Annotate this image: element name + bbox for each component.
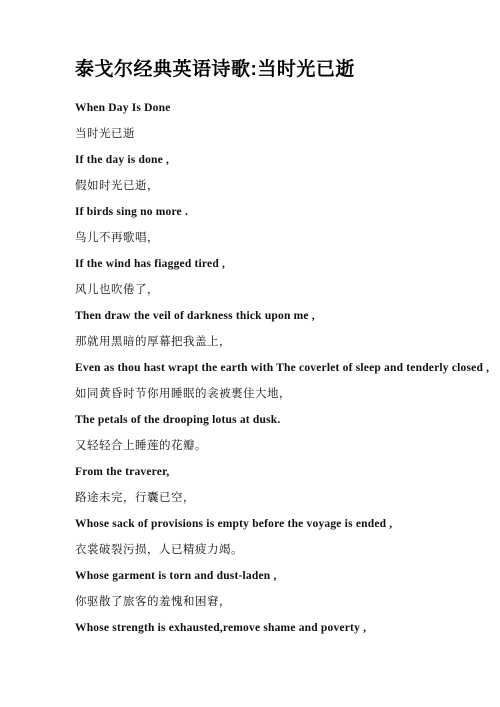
poem-body: When Day Is Done当时光已逝If the day is done … (75, 102, 480, 635)
poem-line-en: If birds sing no more . (75, 206, 480, 219)
poem-line-en: Whose garment is torn and dust-laden , (75, 570, 480, 583)
poem-line-zh: 你驱散了旅客的羞愧和困窘， (75, 596, 480, 609)
poem-line-zh: 当时光已逝 (75, 128, 480, 141)
poem-line-en: Whose sack of provisions is empty before… (75, 518, 480, 531)
poem-line-en: Then draw the veil of darkness thick upo… (75, 310, 480, 323)
poem-line-en: If the day is done , (75, 154, 480, 167)
poem-line-zh: 衣裳破裂污损，人已精疲力竭。 (75, 544, 480, 557)
document-page: 泰戈尔经典英语诗歌:当时光已逝 When Day Is Done当时光已逝If … (0, 0, 500, 707)
page-title: 泰戈尔经典英语诗歌:当时光已逝 (75, 58, 480, 81)
poem-line-zh: 鸟儿不再歌唱， (75, 232, 480, 245)
poem-line-en: The petals of the drooping lotus at dusk… (75, 414, 480, 427)
poem-line-en: Even as thou hast wrapt the earth with T… (75, 362, 480, 375)
poem-line-en: When Day Is Done (75, 102, 480, 115)
poem-line-zh: 风儿也吹倦了， (75, 284, 480, 297)
poem-line-zh: 假如时光已逝， (75, 180, 480, 193)
poem-line-en: From the traverer, (75, 466, 480, 479)
poem-line-zh: 那就用黑暗的厚幕把我盖上， (75, 336, 480, 349)
poem-line-en: If the wind has fiagged tired , (75, 258, 480, 271)
poem-line-zh: 又轻轻合上睡莲的花瓣。 (75, 440, 480, 453)
poem-line-zh: 如同黄昏时节你用睡眠的衾被裹住大地， (75, 388, 480, 401)
poem-line-en: Whose strength is exhausted,remove shame… (75, 622, 480, 635)
poem-line-zh: 路途未完，行囊已空， (75, 492, 480, 505)
